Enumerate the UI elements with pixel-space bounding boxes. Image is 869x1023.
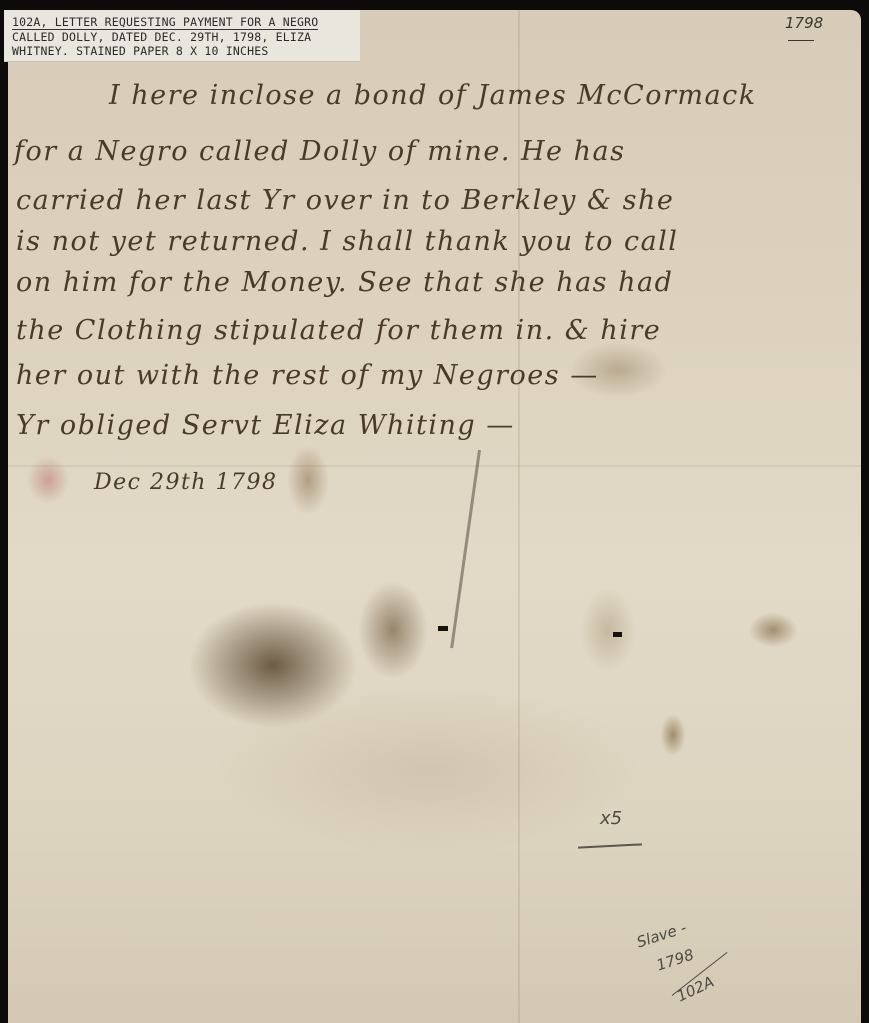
catalog-label-line: WHITNEY. STAINED PAPER 8 X 10 INCHES [12, 44, 360, 58]
letter-line: the Clothing stipulated for them in. & h… [16, 315, 661, 346]
paper-hole [438, 626, 448, 631]
pencil-mark: x5 [600, 808, 622, 829]
paper-crack [450, 450, 481, 648]
letter-line: on him for the Money. See that she has h… [16, 267, 673, 298]
letter-date: Dec 29th 1798 [94, 470, 277, 495]
letter-line: is not yet returned. I shall thank you t… [16, 226, 678, 257]
letter-line: her out with the rest of my Negroes — [16, 360, 599, 391]
letter-signature: Yr obliged Servt Eliza Whiting — [16, 410, 515, 441]
catalog-label-line: CALLED DOLLY, DATED DEC. 29TH, 1798, ELI… [12, 30, 360, 44]
letter-line: carried her last Yr over in to Berkley &… [16, 185, 674, 216]
horizontal-fold-line [8, 465, 861, 467]
catalog-label: 102A, LETTER REQUESTING PAYMENT FOR A NE… [4, 10, 360, 62]
paper-hole [613, 632, 622, 637]
year-annotation: 1798 [785, 14, 823, 32]
letter-line: I here inclose a bond of James McCormack [109, 80, 757, 111]
catalog-label-line: 102A, LETTER REQUESTING PAYMENT FOR A NE… [12, 15, 318, 30]
letter-line: for a Negro called Dolly of mine. He has [14, 136, 625, 167]
year-underline [788, 40, 814, 41]
